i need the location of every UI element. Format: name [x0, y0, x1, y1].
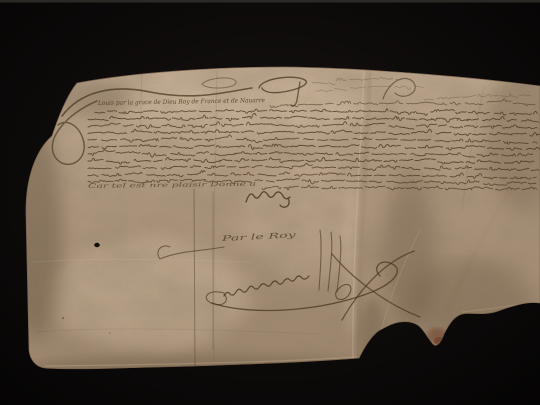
worm-hole — [94, 243, 100, 247]
speck — [109, 332, 111, 334]
speck — [62, 317, 64, 319]
manuscript-photograph: Louis par la grace de Dieu Roy de France… — [0, 0, 540, 405]
top-edge-glint — [0, 0, 540, 3]
manuscript-photo-stage: Louis par la grace de Dieu Roy de France… — [0, 0, 540, 405]
